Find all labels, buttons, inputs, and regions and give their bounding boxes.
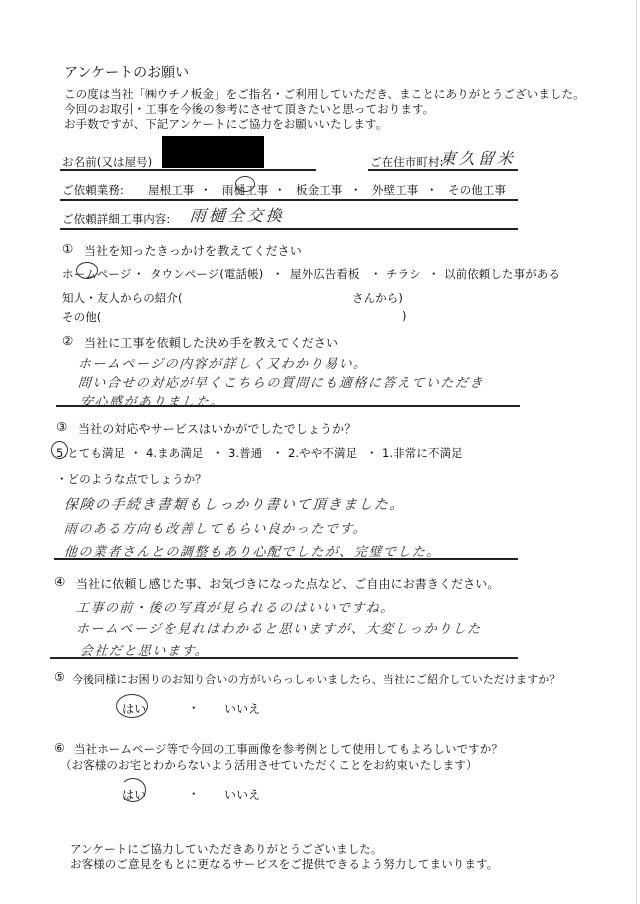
separator: ・ [274, 182, 286, 198]
separator: ・ [272, 445, 284, 461]
q3-answer-line-1[interactable]: 保険の手続き書類もしっかり書いて頂きました。 [63, 494, 405, 514]
q2-underline [56, 405, 520, 407]
separator: ・ [426, 182, 438, 198]
separator: ・ [200, 182, 212, 198]
detail-label: ご依頼詳細工事内容: [62, 211, 170, 227]
separator: ・ [130, 445, 142, 461]
q3-number: ③ [56, 419, 67, 434]
q3-option-1[interactable]: 1.非常に不満足 [382, 445, 463, 461]
q6-number: ⑥ [54, 741, 65, 755]
q6-no-option[interactable]: いいえ [224, 786, 260, 803]
q1-number: ① [62, 241, 73, 256]
selected-circle-mark [120, 778, 146, 802]
service-label: ご依頼業務: [62, 182, 124, 198]
q4-answer-line-2[interactable]: ホームページを見れはわかると思いますが、大変しっかりした [75, 618, 482, 637]
separator: ・ [133, 266, 145, 282]
separator: ・ [366, 445, 378, 461]
q5-question: 今後同様にお困りのお知り合いの方がいらっしゃいましたら、当社にご紹介していただけ… [72, 671, 560, 687]
q5-number: ⑤ [54, 670, 65, 684]
q3-answer-line-2[interactable]: 雨のある方向も改善してもらい良かったです。 [63, 518, 368, 537]
q2-question: 当社に工事を依頼した決め手を教えてください [84, 334, 338, 351]
q2-number: ② [62, 333, 73, 348]
q4-answer-line-1[interactable]: 工事の前・後の写真が見られるのはいいですね。 [75, 597, 395, 616]
scan-edge [636, 0, 637, 904]
q2-answer-line-1[interactable]: ホームページの内容が詳しく又わかり易い。 [77, 353, 368, 372]
q1-question: 当社を知ったきっかけを教えてください [84, 242, 302, 259]
closing-line-2: お客様のご意見をもとに更なるサービスをご提供できるよう努力してまいります。 [70, 856, 498, 872]
city-label: ご在住市町村: [370, 154, 444, 170]
detail-value[interactable]: 雨樋全交換 [189, 203, 286, 226]
selected-circle-mark [116, 694, 148, 718]
intro-line-3: お手数ですが、下記アンケートにご協力をお願いいたします。 [64, 116, 387, 132]
q3-option-4[interactable]: 4.まあ満足 [146, 445, 204, 461]
separator: ・ [350, 182, 362, 198]
name-redaction [162, 136, 264, 168]
q4-question: 当社に依頼し感じた事、お気づきになった点など、ご自由にお書きください。 [76, 575, 500, 592]
q6-question: 当社ホームページ等で今回の工事画像を参考例として使用してもよろしいですか？ [74, 741, 503, 757]
service-option-other[interactable]: その他工事 [448, 182, 506, 198]
city-underline [368, 169, 518, 171]
selected-circle-mark [51, 441, 68, 459]
q6-note: （お客様のお宅とわからないよう活用させていただくことをお約束いたします） [60, 757, 478, 773]
name-underline [60, 169, 316, 171]
selected-circle-mark [235, 176, 255, 192]
q3-question: 当社の対応やサービスはいかがでしたでしょうか？ [78, 420, 356, 437]
q1-other-close: ) [402, 309, 407, 323]
q2-answer-line-3[interactable]: 安心感がありました。 [79, 391, 225, 410]
page-title: アンケートのお願い [64, 62, 189, 82]
service-option-exterior-wall[interactable]: 外壁工事 [372, 182, 418, 198]
intro-line-1: この度は当社「㈱ウチノ板金」をご指名・ご利用していただき、まことにありがとうござ… [64, 86, 585, 102]
separator: ・ [188, 786, 200, 802]
closing-line-1: アンケートにご協力していただきありがとうございました。 [70, 841, 383, 857]
service-option-roof[interactable]: 屋根工事 [148, 182, 194, 198]
q1-referral-suffix: さんから) [352, 290, 403, 306]
city-value[interactable]: 東久留米 [439, 146, 517, 169]
separator: ・ [370, 266, 382, 282]
q2-answer-line-2[interactable]: 問い合せの対応が早くこちらの質問にも適格に答えていただき [77, 372, 484, 391]
q1-option-billboard[interactable]: 屋外広告看板 [290, 266, 360, 282]
q3-option-3[interactable]: 3.普通 [228, 445, 262, 461]
separator: ・ [428, 266, 440, 282]
service-underline [60, 199, 518, 201]
q3-underline [54, 558, 518, 560]
separator: ・ [188, 700, 200, 716]
q1-option-townpage[interactable]: タウンページ(電話帳) [150, 266, 263, 282]
q1-referral-label: 知人・友人からの紹介( [62, 290, 183, 306]
q3-followup: ・どのような点でしょうか？ [56, 471, 207, 487]
service-option-sheet-metal[interactable]: 板金工事 [296, 182, 342, 198]
selected-circle-mark [76, 262, 98, 279]
separator: ・ [212, 445, 224, 461]
q4-underline [50, 657, 518, 659]
q5-no-option[interactable]: いいえ [224, 700, 260, 717]
name-label: お名前(又は屋号) [62, 154, 152, 170]
separator: ・ [272, 266, 284, 282]
q1-other-label: その他( [62, 309, 101, 325]
q1-option-previous[interactable]: 以前依頼した事がある [444, 266, 560, 282]
q4-number: ④ [54, 574, 65, 589]
intro-line-2: 今回のお取引・工事を今後の参考にさせて頂きたいと思っております。 [64, 101, 434, 117]
detail-underline [60, 228, 518, 230]
q1-option-flyer[interactable]: チラシ [386, 266, 421, 282]
q3-option-2[interactable]: 2.やや不満足 [288, 445, 357, 461]
